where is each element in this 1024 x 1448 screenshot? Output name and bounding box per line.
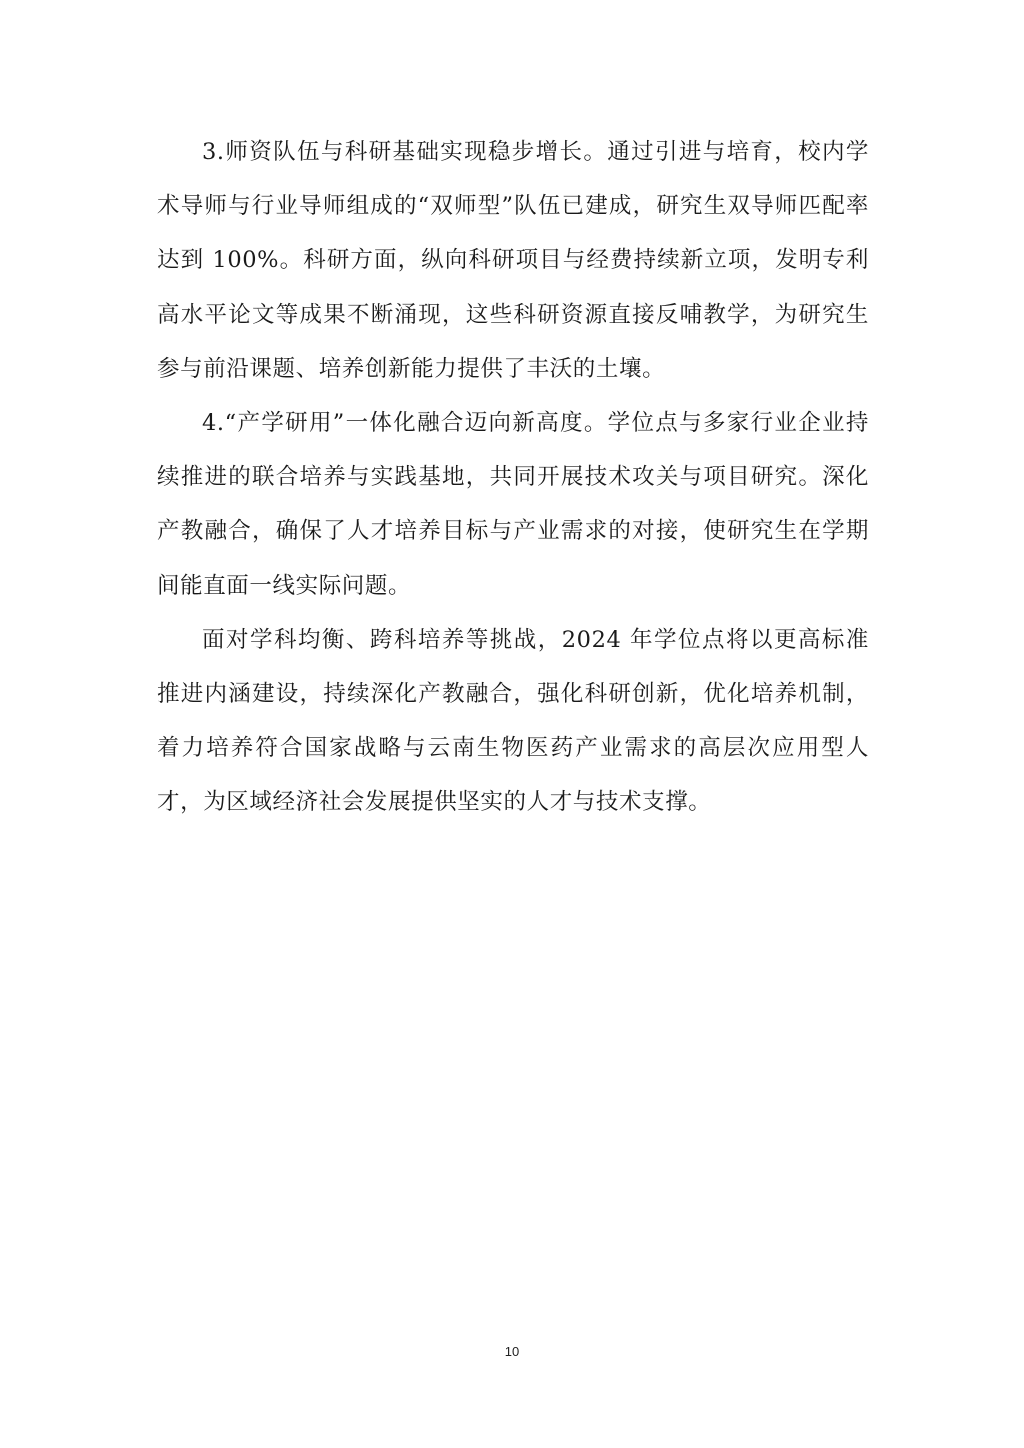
text-line: 面对学科均衡、跨科培养等挑战，2024 年学位点将以更高标准 <box>157 620 869 674</box>
text-line: 续推进的联合培养与实践基地，共同开展技术攻关与项目研究。深化 <box>157 457 869 511</box>
text-line: 推进内涵建设，持续深化产教融合，强化科研创新，优化培养机制， <box>157 674 869 728</box>
text-line: 间能直面一线实际问题。 <box>157 566 869 620</box>
text-line: 3.师资队伍与科研基础实现稳步增长。通过引进与培育，校内学 <box>157 132 869 186</box>
paragraph-industry-integration: 4.“产学研用”一体化融合迈向新高度。学位点与多家行业企业持 续推进的联合培养与… <box>157 403 869 620</box>
text-line: 高水平论文等成果不断涌现，这些科研资源直接反哺教学，为研究生 <box>157 295 869 349</box>
text-line: 术导师与行业导师组成的“双师型”队伍已建成，研究生双导师匹配率 <box>157 186 869 240</box>
paragraph-faculty-research: 3.师资队伍与科研基础实现稳步增长。通过引进与培育，校内学 术导师与行业导师组成… <box>157 132 869 403</box>
text-line: 4.“产学研用”一体化融合迈向新高度。学位点与多家行业企业持 <box>157 403 869 457</box>
paragraph-2024-outlook: 面对学科均衡、跨科培养等挑战，2024 年学位点将以更高标准 推进内涵建设，持续… <box>157 620 869 837</box>
document-page: 3.师资队伍与科研基础实现稳步增长。通过引进与培育，校内学 术导师与行业导师组成… <box>0 0 1024 1448</box>
text-line: 达到 100%。科研方面，纵向科研项目与经费持续新立项，发明专利 <box>157 240 869 294</box>
page-number: 10 <box>0 1344 1024 1359</box>
text-line: 产教融合，确保了人才培养目标与产业需求的对接，使研究生在学期 <box>157 511 869 565</box>
text-line: 参与前沿课题、培养创新能力提供了丰沃的土壤。 <box>157 349 869 403</box>
body-text: 3.师资队伍与科研基础实现稳步增长。通过引进与培育，校内学 术导师与行业导师组成… <box>157 132 869 836</box>
text-line: 才，为区域经济社会发展提供坚实的人才与技术支撑。 <box>157 782 869 836</box>
text-line: 着力培养符合国家战略与云南生物医药产业需求的高层次应用型人 <box>157 728 869 782</box>
